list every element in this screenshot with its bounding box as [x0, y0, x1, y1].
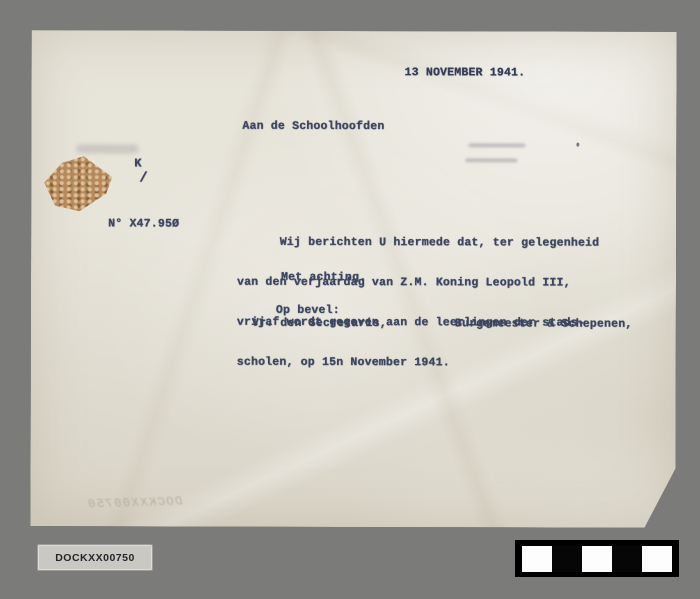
body-line-4: scholen, op 15n November 1941. [237, 356, 599, 370]
scale-segment-black [552, 546, 582, 572]
signature-secretary: Vr. den Secretaris, [252, 317, 387, 331]
reference-letter-k: K [134, 157, 141, 170]
signature-mayor: Burgemeester & Schepenen, [455, 317, 633, 331]
letter-closing: Met achting. [281, 271, 366, 285]
scale-segment-white [642, 546, 672, 572]
reference-slash: / [139, 172, 148, 185]
faded-stamp-line-1 [468, 143, 525, 147]
scale-segment-black [612, 546, 642, 572]
catalog-number-label: DOCKXX00750 [37, 544, 153, 571]
gray-smudge [76, 144, 138, 153]
reference-number: N° X47.95Ø [108, 217, 179, 231]
scale-segment-white [522, 546, 552, 572]
photo-background: 13 NOVEMBER 1941. Aan de Schoolhoofden K… [0, 0, 700, 599]
letter-date: 13 NOVEMBER 1941. [405, 66, 526, 80]
body-line-1: Wij berichten U hiermede dat, ter gelege… [237, 236, 599, 250]
brown-stain [44, 156, 112, 211]
pencil-mirrored-annotation: DOCKXX00750 [57, 494, 182, 512]
letter-paper: 13 NOVEMBER 1941. Aan de Schoolhoofden K… [30, 30, 676, 528]
ink-speck [576, 143, 579, 147]
scale-bar [515, 540, 679, 577]
letter-recipient: Aan de Schoolhoofden [242, 120, 384, 134]
scale-segment-white [582, 546, 612, 572]
faded-stamp-line-2 [465, 158, 517, 162]
signature-op-bevel: Op bevel: [276, 304, 340, 318]
